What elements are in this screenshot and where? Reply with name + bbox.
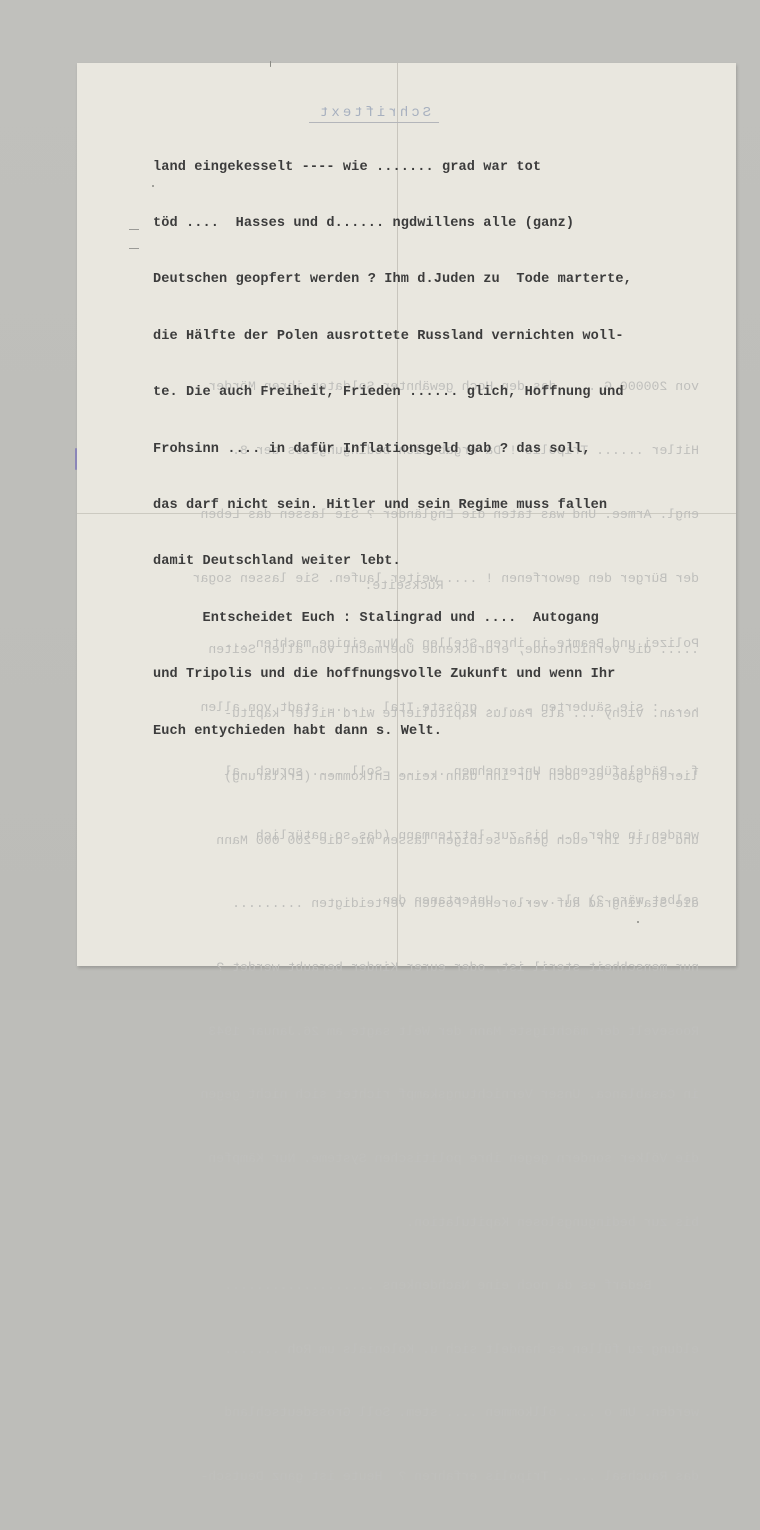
bleed-line: und sollt ihr euch genau selbigen lassen… — [109, 830, 699, 851]
document-page: Schriftext von 200000 G .... das den Hoc… — [77, 63, 736, 966]
text-line: Frohsinn .... in dafür Inflationsgeld ga… — [153, 441, 632, 460]
text-line: und Tripolis und die hoffnungsvolle Zuku… — [153, 666, 632, 685]
text-line: damit Deutschland weiter lebt. — [153, 553, 632, 572]
text-line: land eingekesselt ---- wie ....... grad … — [153, 159, 632, 178]
paper-speck — [270, 61, 271, 67]
margin-dash-mark — [129, 248, 139, 249]
text-line: Deutschen geopfert werden ? Ihm d.Juden … — [153, 271, 632, 290]
margin-dash-mark — [129, 229, 139, 230]
bleed-line: die Stalingrad auf verlorenen Posten ver… — [109, 893, 699, 914]
bleed-line: nur menschheit steril ist, oder eurer Ki… — [109, 957, 699, 978]
text-line: die Hälfte der Polen ausrottete Russland… — [153, 328, 632, 347]
text-line: das darf nicht sein. Hitler und sein Reg… — [153, 497, 632, 516]
text-line: te. Die auch Freiheit, Frieden ...... gl… — [153, 384, 632, 403]
typewritten-text-body: land eingekesselt ---- wie ....... grad … — [153, 121, 632, 779]
text-line: Euch entychieden habt dann s. Welt. — [153, 723, 632, 742]
text-line: töd .... Hasses und d...... ngdwillens a… — [153, 215, 632, 234]
text-line: Entscheidet Euch : Stalingrad und .... A… — [153, 610, 632, 629]
ink-margin-mark — [75, 448, 77, 470]
